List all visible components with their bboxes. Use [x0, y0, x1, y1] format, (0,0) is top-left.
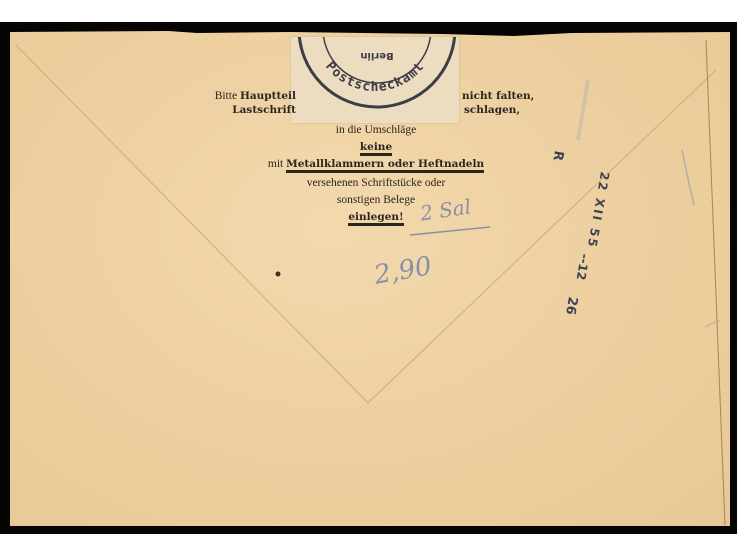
instruction-line4: keine: [196, 141, 556, 153]
instruction-line7: sonstigen Belege: [196, 194, 556, 206]
instruction-line2-right: schlagen,: [464, 104, 554, 116]
instruction-line1-right: nicht falten,: [462, 90, 552, 102]
instruction-line5: mit Metallklammern oder Heftnadeln: [196, 158, 556, 170]
instruction-line6: versehenen Schriftstücke oder: [196, 177, 556, 189]
instruction-line1-left: Bitte Hauptteil: [196, 90, 296, 102]
postmark-number: 26: [562, 295, 580, 315]
svg-text:Postscheckamt: Postscheckamt: [322, 59, 427, 95]
postscheckamt-seal-label: Postscheckamt Berlin: [291, 37, 459, 123]
instruction-line2-left: Lastschrift: [196, 104, 296, 116]
paper-spot: [276, 272, 281, 277]
svg-text:Berlin: Berlin: [360, 50, 393, 61]
circular-postmark-stamp: Postscheckamt Berlin: [291, 37, 459, 123]
instruction-line3: in die Umschläge: [196, 124, 556, 136]
instruction-line8: einlegen!: [196, 211, 556, 223]
